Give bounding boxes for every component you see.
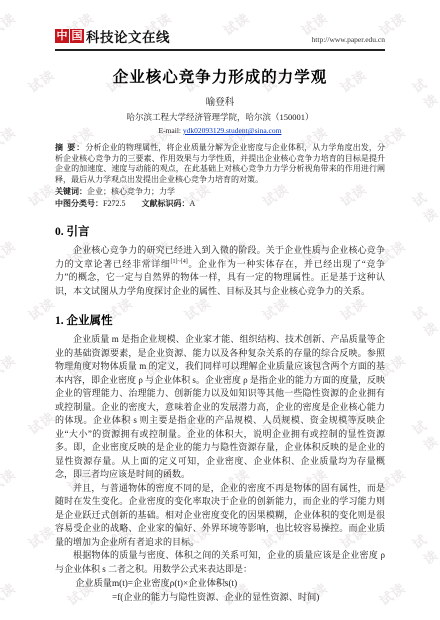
author-name: 喻登科	[55, 94, 385, 108]
paper-title: 企业核心竞争力形成的力学观	[55, 65, 385, 87]
clc-line: 中图分类号：F272.5文献标识码：A	[55, 199, 385, 210]
logo-red-block-1: 中	[55, 29, 69, 43]
keywords-text: 企业；核心竞争力；力学	[87, 187, 175, 196]
site-logo: 中 国 科技论文在线	[55, 26, 170, 46]
email-link[interactable]: ydk02093129.student@sina.com	[183, 126, 282, 135]
author-affiliation: 哈尔滨工程大学经济管理学院，哈尔滨（150001）	[55, 111, 385, 123]
document-page: 试读试读试读试读试读试读试读试读试读试读试读试读试读试读试读试读试读试读试读试读…	[0, 0, 440, 620]
keywords-line: 关键词：企业；核心竞争力；力学	[55, 187, 385, 198]
abstract-text: 分析企业的物理属性，将企业质量分解为企业密度与企业体积，从力学角度出发，分析企业…	[55, 143, 385, 184]
abstract-paragraph: 摘 要：分析企业的物理属性，将企业质量分解为企业密度与企业体积，从力学角度出发，…	[55, 143, 385, 186]
site-url: http://www.paper.edu.cn	[312, 35, 385, 46]
section-heading-intro: 0. 引言	[55, 223, 385, 239]
keywords-label: 关键词：	[55, 187, 87, 196]
site-header: 中 国 科技论文在线 http://www.paper.edu.cn	[55, 26, 385, 51]
formula-line-2: =f(企业的能力与隐性资源、企业的显性资源、时间)	[55, 591, 385, 605]
doc-code-label: 文献标识码：	[141, 199, 189, 208]
attributes-paragraph-2: 并且，与普通物体的密度不同的是，企业的密度不再是物体的固有属性，而是随时在发生变…	[55, 482, 385, 550]
email-label: E-mail:	[159, 126, 182, 135]
page-content: 中 国 科技论文在线 http://www.paper.edu.cn 企业核心竞…	[0, 0, 440, 605]
citation-marker: [1]~[4]	[171, 259, 188, 265]
intro-paragraph: 企业核心竞争力的研究已经进入到入微的阶段。关于企业性质与企业核心竞争力的文章论著…	[55, 244, 385, 298]
page-number: - 1 -	[0, 577, 440, 586]
logo-red-block-2: 国	[70, 29, 84, 43]
abstract-label: 摘 要：	[55, 143, 85, 152]
clc-label: 中图分类号：	[55, 199, 103, 208]
attributes-paragraph-1: 企业质量 m 是指企业规模、企业家才能、组织结构、技术创新、产品质量等企业的基础…	[55, 333, 385, 482]
email-line: E-mail: ydk02093129.student@sina.com	[55, 126, 385, 135]
logo-text: 科技论文在线	[86, 26, 170, 46]
section-heading-attributes: 1. 企业属性	[55, 312, 385, 328]
clc-value: F272.5	[103, 199, 125, 208]
doc-code-value: A	[189, 199, 195, 208]
attributes-paragraph-3: 根据物体的质量与密度、体积之间的关系可知，企业的质量应该是企业密度 ρ 与企业体…	[55, 549, 385, 576]
